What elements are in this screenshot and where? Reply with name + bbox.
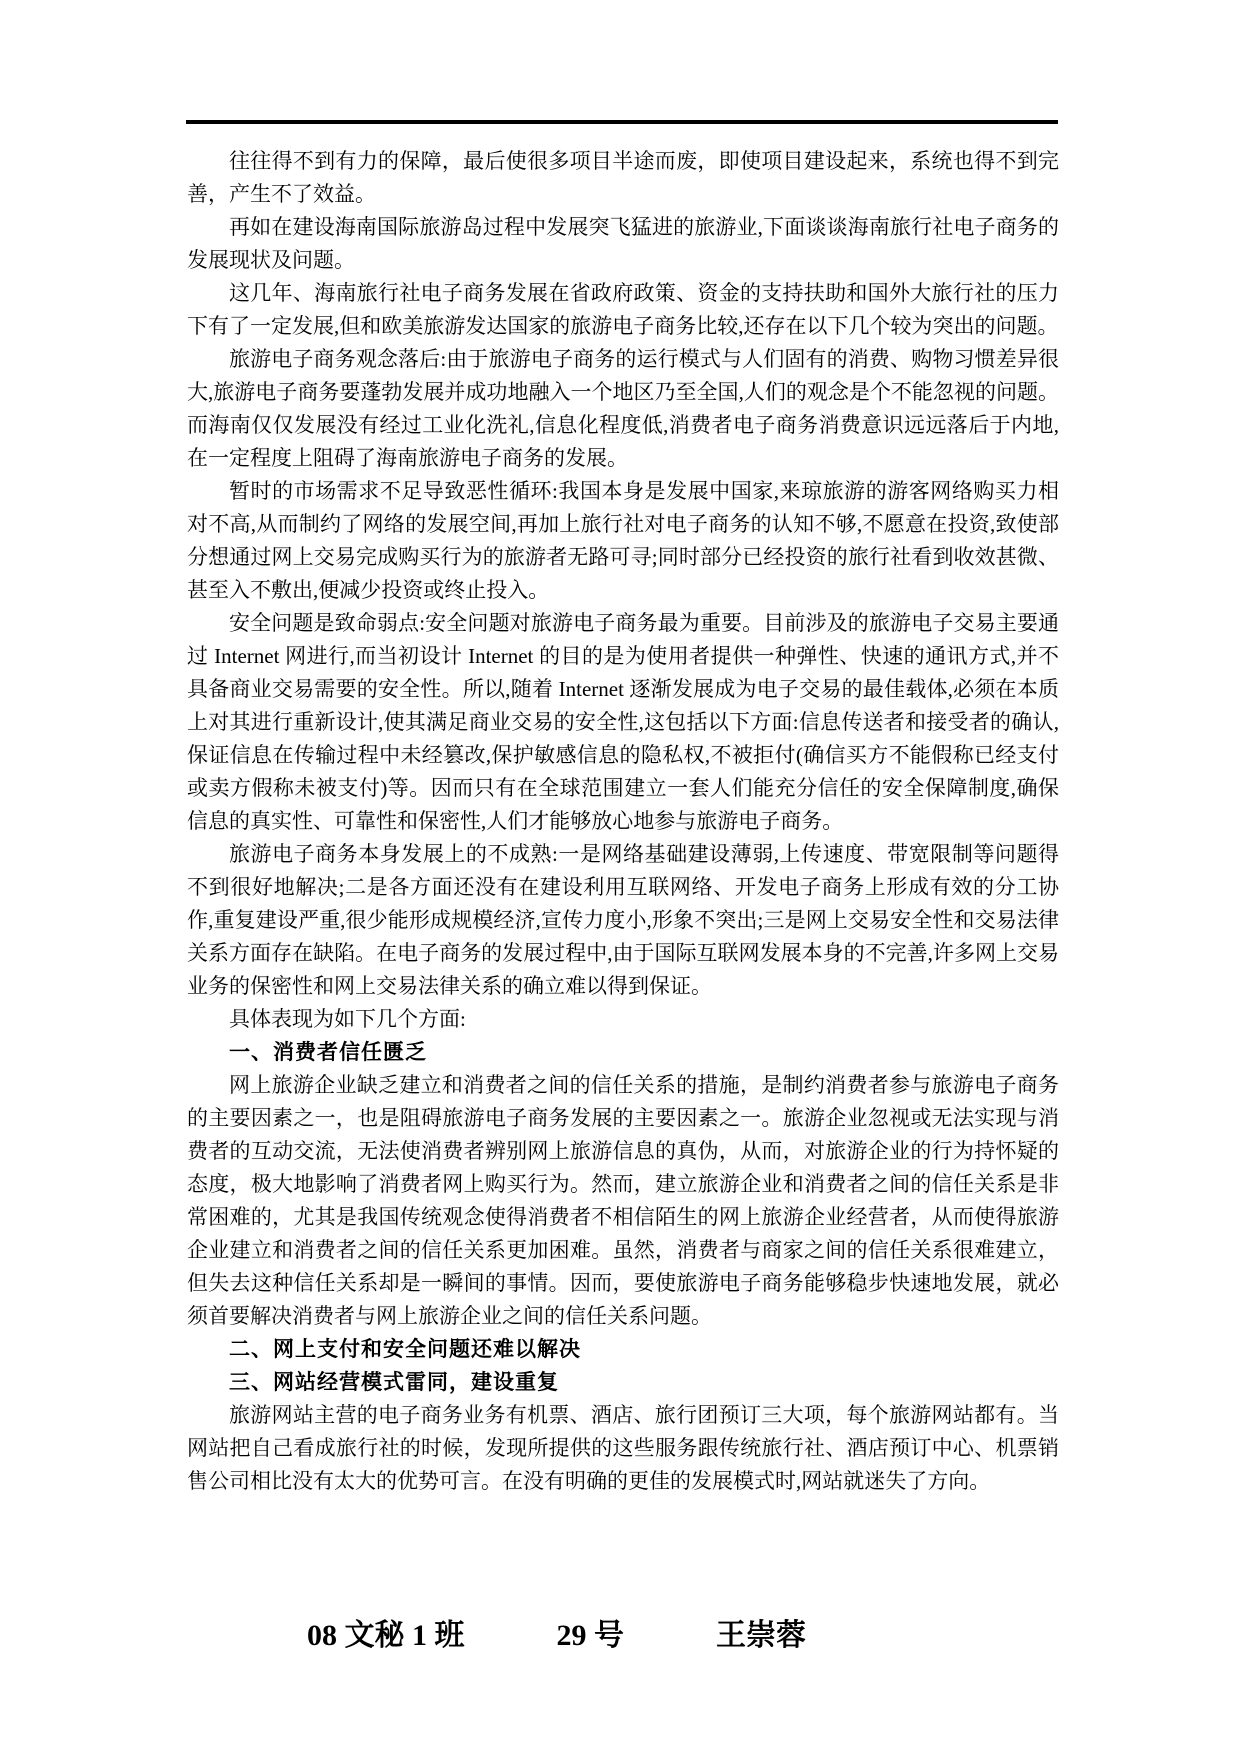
paragraph: 网上旅游企业缺乏建立和消费者之间的信任关系的措施，是制约消费者参与旅游电子商务的… [187,1069,1059,1333]
paragraph: 安全问题是致命弱点:安全问题对旅游电子商务最为重要。目前涉及的旅游电子交易主要通… [187,607,1059,838]
paragraph: 再如在建设海南国际旅游岛过程中发展突飞猛进的旅游业,下面谈谈海南旅行社电子商务的… [187,211,1059,277]
document-page: 往往得不到有力的保障，最后使很多项目半途而废，即使项目建设起来，系统也得不到完善… [0,0,1241,1754]
header-rule [186,120,1058,124]
section-heading: 三、网站经营模式雷同，建设重复 [187,1366,1059,1399]
footer-class-label: 08 文秘 1 班 [307,1610,465,1654]
document-body: 往往得不到有力的保障，最后使很多项目半途而废，即使项目建设起来，系统也得不到完善… [187,145,1059,1498]
footer-student-number: 29 号 [557,1610,625,1654]
paragraph: 具体表现为如下几个方面: [187,1003,1059,1036]
footer-student-name: 王崇蓉 [716,1610,806,1654]
paragraph: 旅游网站主营的电子商务业务有机票、酒店、旅行团预订三大项，每个旅游网站都有。当网… [187,1399,1059,1498]
section-heading: 二、网上支付和安全问题还难以解决 [187,1333,1059,1366]
paragraph: 旅游电子商务观念落后:由于旅游电子商务的运行模式与人们固有的消费、购物习惯差异很… [187,343,1059,475]
paragraph: 往往得不到有力的保障，最后使很多项目半途而废，即使项目建设起来，系统也得不到完善… [187,145,1059,211]
paragraph: 暂时的市场需求不足导致恶性循环:我国本身是发展中国家,来琼旅游的游客网络购买力相… [187,475,1059,607]
section-heading: 一、消费者信任匮乏 [187,1036,1059,1069]
paragraph: 旅游电子商务本身发展上的不成熟:一是网络基础建设薄弱,上传速度、带宽限制等问题得… [187,838,1059,1003]
page-footer: 08 文秘 1 班 29 号 王崇蓉 [307,1610,806,1654]
paragraph: 这几年、海南旅行社电子商务发展在省政府政策、资金的支持扶助和国外大旅行社的压力下… [187,277,1059,343]
